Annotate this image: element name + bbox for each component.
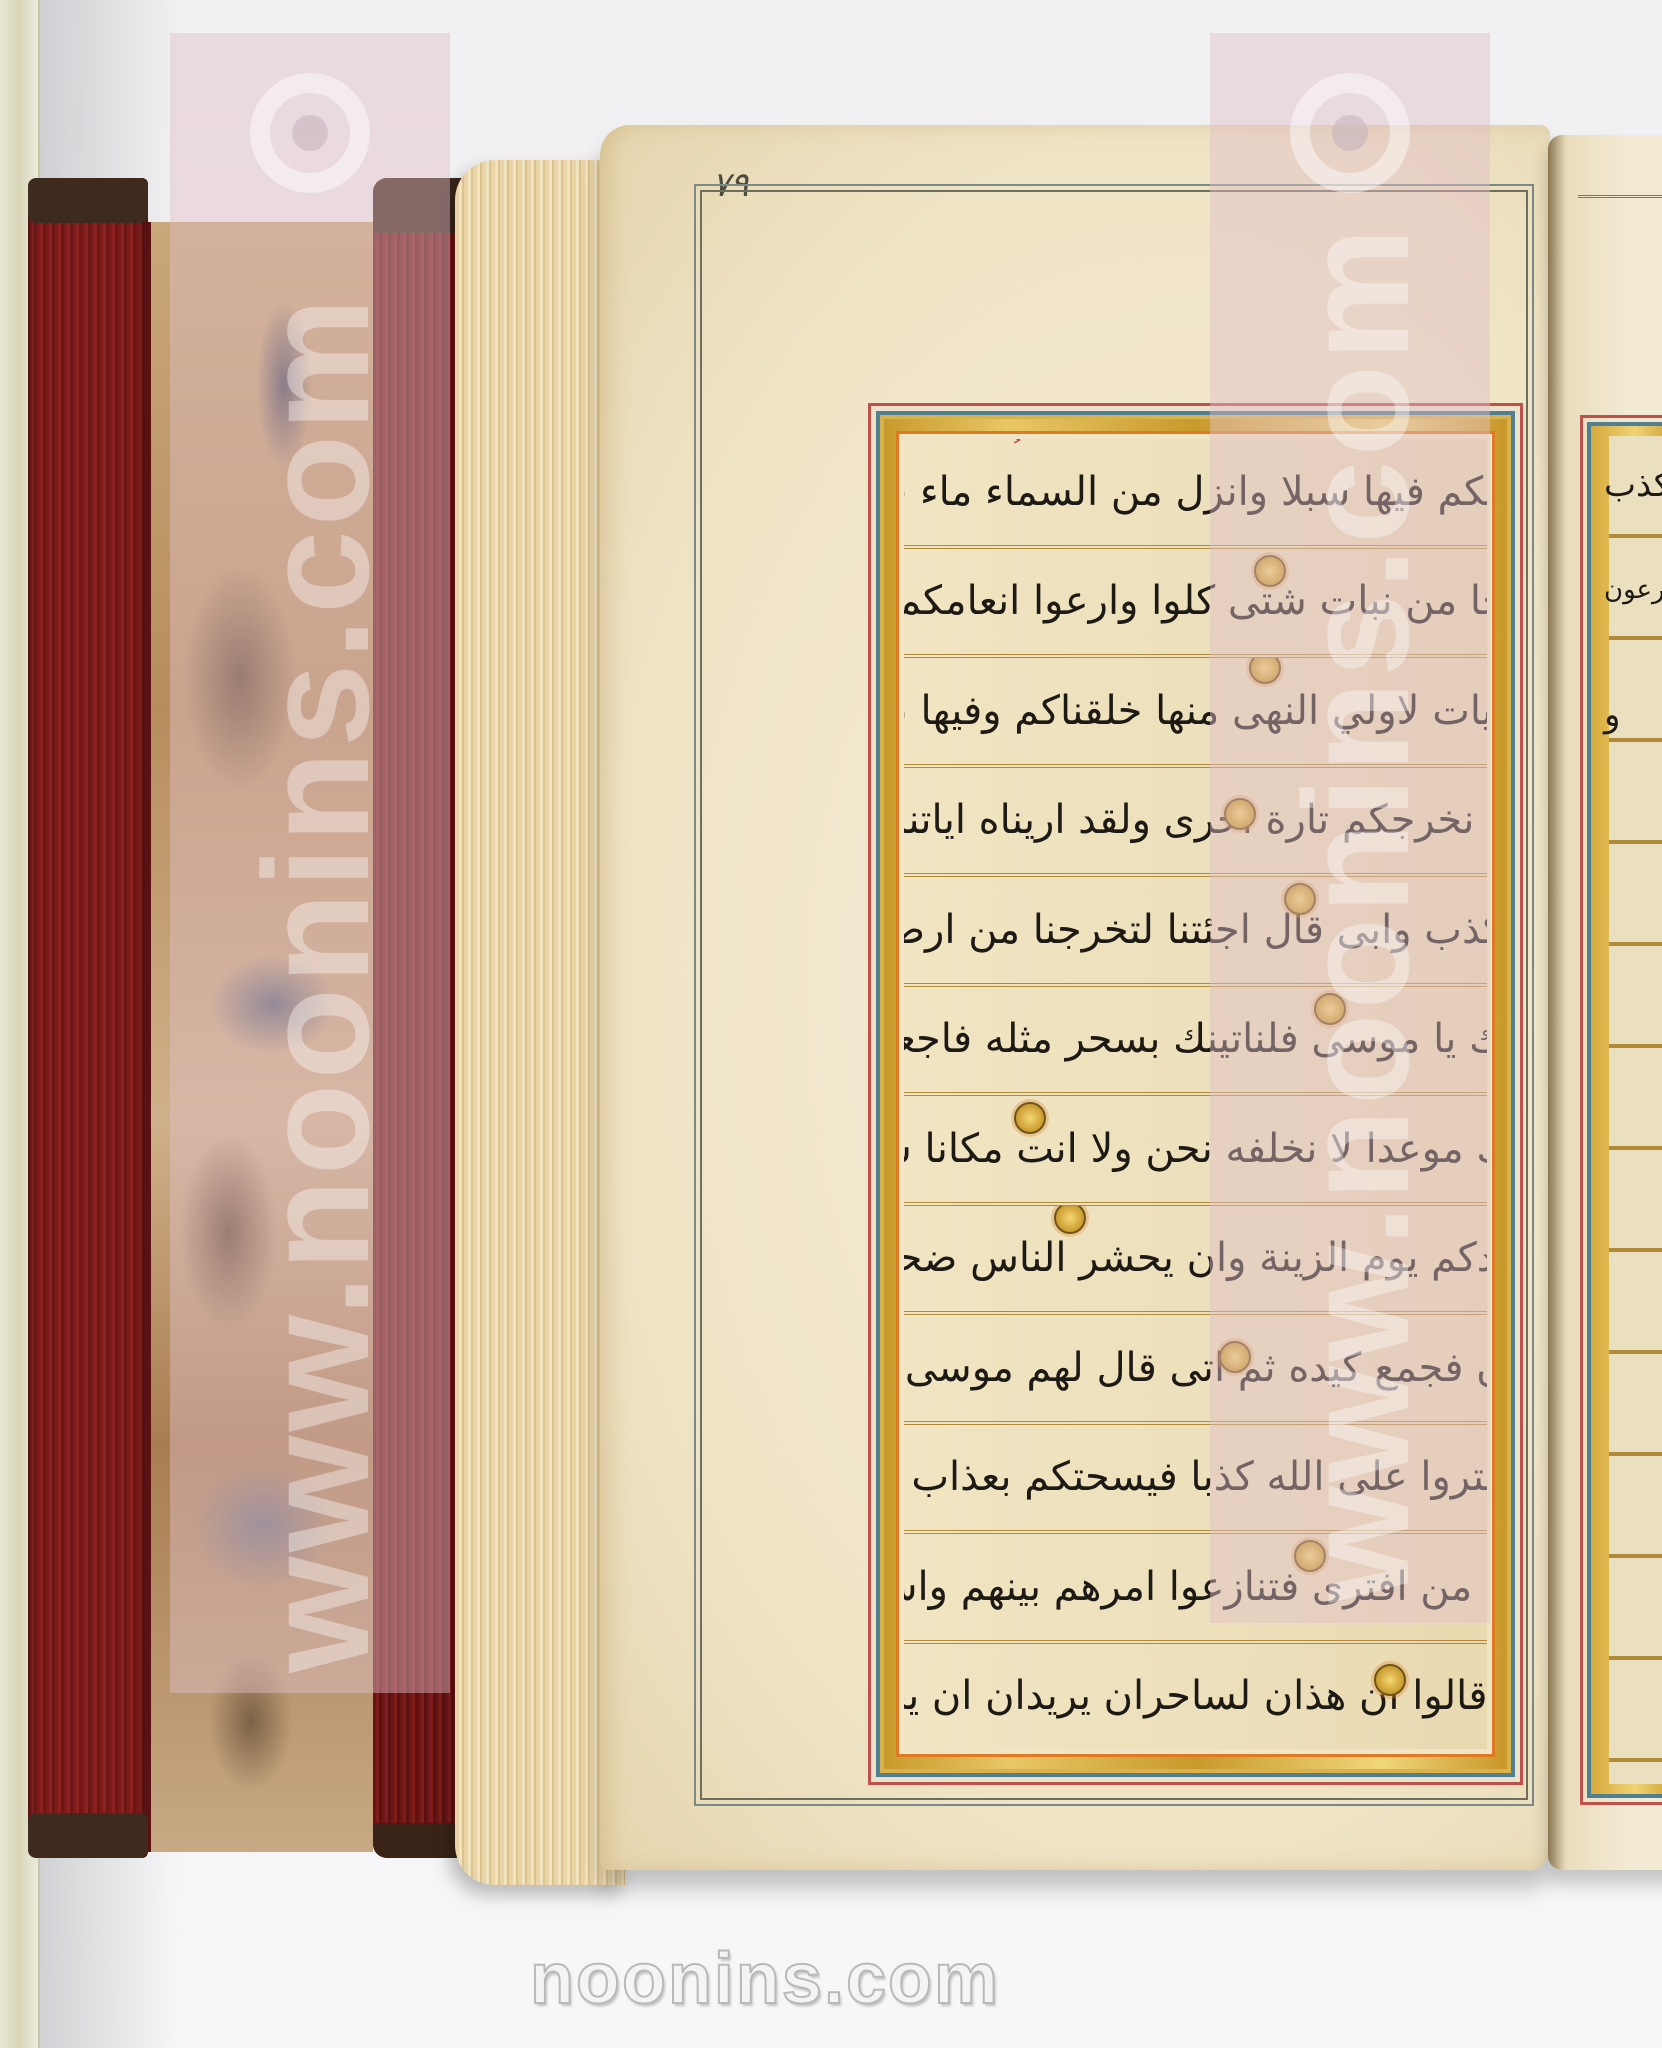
watermark-band-right: www.noonins.com (1210, 33, 1490, 1623)
facing-page: كذب فرعون و (1548, 135, 1662, 1870)
facing-text-fragment: فرعون (1604, 575, 1662, 605)
spine-cap-bottom (373, 1823, 468, 1858)
watermark-bottom-text: noonins.com (530, 1938, 1000, 2020)
ayah-marker-icon (1374, 1664, 1406, 1696)
watermark-band-left: www.noonins.com (170, 33, 450, 1693)
watermark-logo-icon (250, 73, 370, 193)
watermark-vertical-text: www.noonins.com (1270, 224, 1443, 1603)
cover-cap-bottom (28, 1813, 148, 1858)
watermark-vertical-text: www.noonins.com (230, 294, 403, 1673)
facing-text-block (1609, 436, 1662, 1784)
facing-text-fragment: و (1604, 695, 1620, 735)
cover-cap-top (28, 178, 148, 223)
book-cover-red-leather (28, 178, 148, 1858)
text-line: النجوى قالوا ان هذان لساحران يريدان ان ي… (904, 1644, 1487, 1750)
facing-gold-border (1587, 422, 1662, 1798)
ayah-marker-icon (1014, 1102, 1046, 1134)
ayah-marker-icon (1054, 1206, 1086, 1234)
watermark-logo-icon (1290, 73, 1410, 193)
facing-text-fragment: كذب (1604, 465, 1662, 505)
red-recitation-mark: ﹸ (1014, 439, 1020, 462)
facing-text-frame (1580, 415, 1662, 1805)
